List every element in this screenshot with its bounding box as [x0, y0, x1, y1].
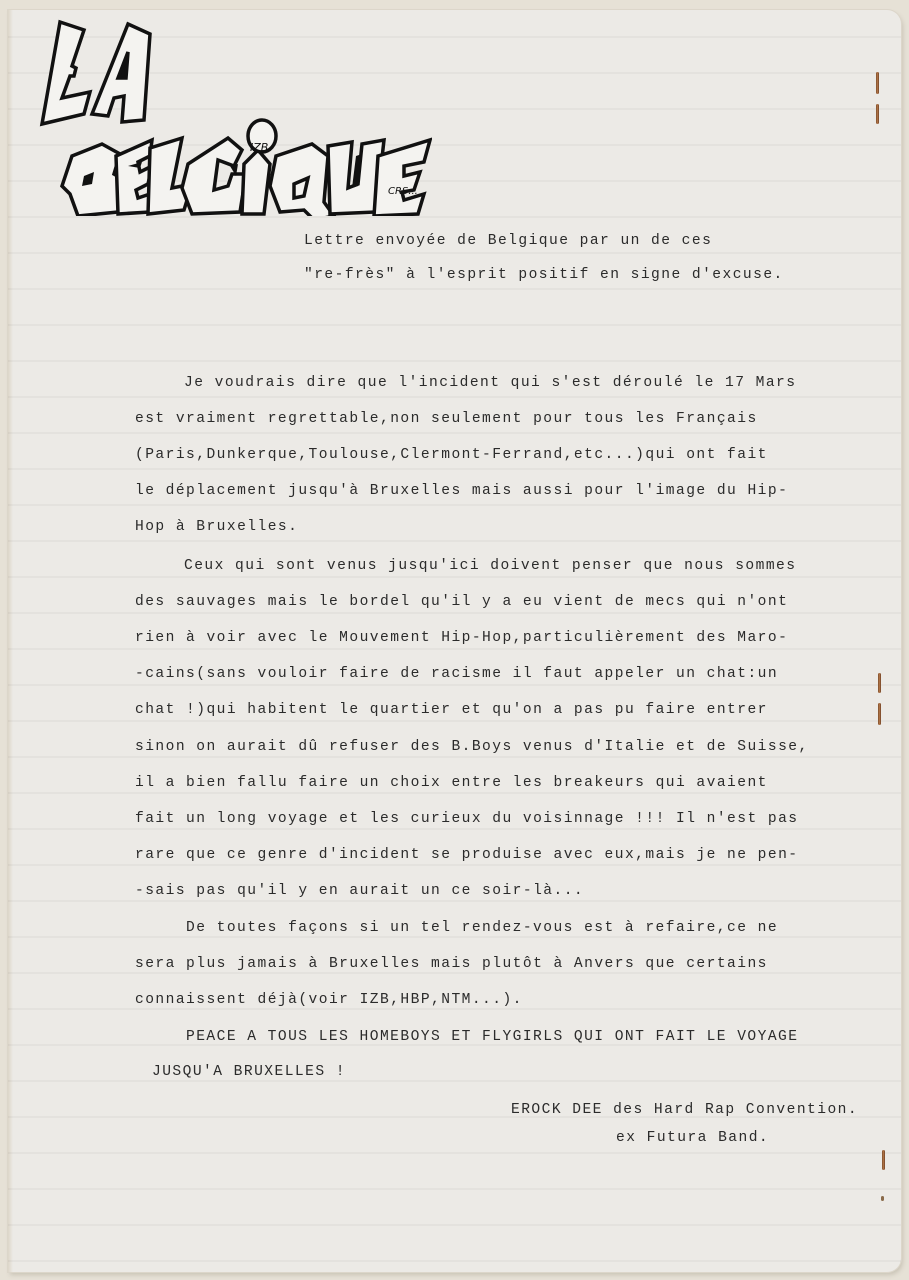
staple-hole-icon	[881, 1196, 884, 1201]
signature-line: ex Futura Band.	[616, 1129, 769, 1147]
body-line: Je voudrais dire que l'incident qui s'es…	[184, 374, 796, 392]
body-line: connaissent déjà(voir IZB,HBP,NTM...).	[135, 991, 523, 1009]
body-line: De toutes façons si un tel rendez-vous e…	[186, 919, 778, 937]
staple-icon	[876, 72, 879, 94]
body-line: sera plus jamais à Bruxelles mais plutôt…	[135, 955, 768, 973]
peace-line: PEACE A TOUS LES HOMEBOYS ET FLYGIRLS QU…	[186, 1028, 798, 1046]
body-line: -sais pas qu'il y en aurait un ce soir-l…	[135, 882, 584, 900]
body-line: chat !)qui habitent le quartier et qu'on…	[135, 701, 768, 719]
graffiti-tag-crs: CRS...	[388, 186, 418, 197]
body-line: le déplacement jusqu'à Bruxelles mais au…	[135, 482, 788, 500]
body-line: des sauvages mais le bordel qu'il y a eu…	[135, 593, 788, 611]
intro-line: "re-frès" à l'esprit positif en signe d'…	[304, 266, 784, 284]
body-line: est vraiment regrettable,non seulement p…	[135, 410, 758, 428]
body-line: fait un long voyage et les curieux du vo…	[135, 810, 799, 828]
graffiti-logo: IZB CRS...	[32, 16, 432, 216]
body-line: Ceux qui sont venus jusqu'ici doivent pe…	[184, 557, 796, 575]
body-line: (Paris,Dunkerque,Toulouse,Clermont-Ferra…	[135, 446, 768, 464]
staple-icon	[878, 673, 881, 693]
body-line: sinon on aurait dû refuser des B.Boys ve…	[135, 738, 809, 756]
graffiti-tag-izb: IZB	[250, 141, 268, 154]
body-line: il a bien fallu faire un choix entre les…	[135, 774, 768, 792]
body-line: -cains(sans vouloir faire de racisme il …	[135, 665, 778, 683]
signature-line: EROCK DEE des Hard Rap Convention.	[511, 1101, 858, 1119]
peace-line: JUSQU'A BRUXELLES !	[152, 1063, 346, 1081]
staple-icon	[876, 104, 879, 124]
intro-line: Lettre envoyée de Belgique par un de ces	[304, 232, 712, 250]
staple-icon	[882, 1150, 885, 1170]
body-line: rare que ce genre d'incident se produise…	[135, 846, 799, 864]
body-line: rien à voir avec le Mouvement Hip-Hop,pa…	[135, 629, 788, 647]
staple-icon	[878, 703, 881, 725]
body-line: Hop à Bruxelles.	[135, 518, 298, 536]
